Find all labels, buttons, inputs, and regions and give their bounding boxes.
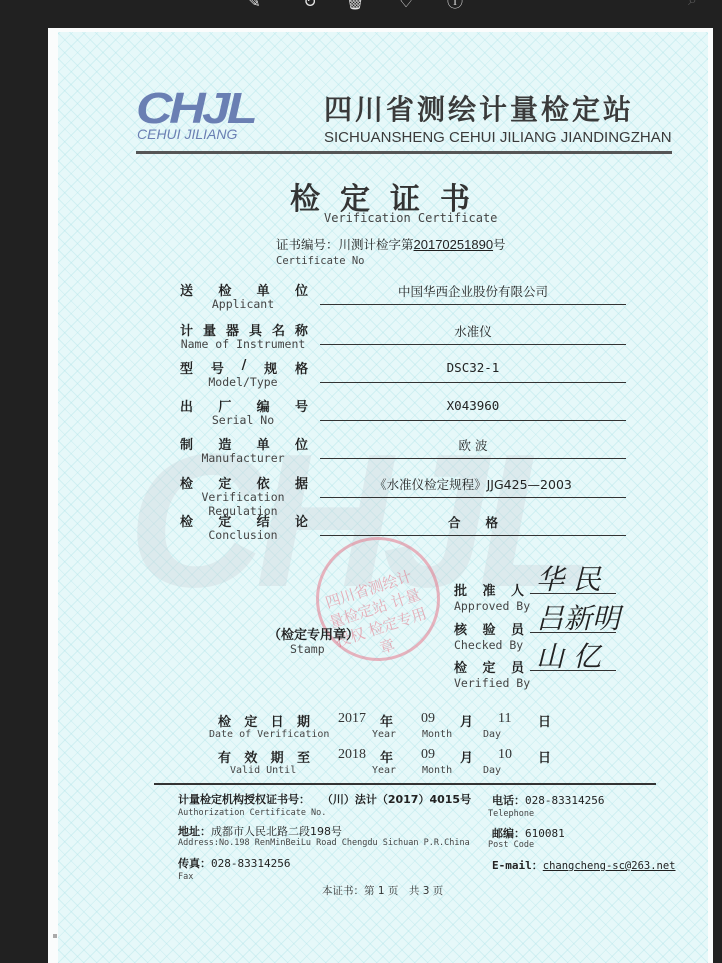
field-label-en: Model/Type [175, 375, 311, 389]
footer-divider [154, 783, 656, 785]
date-label-char: 有 [218, 747, 231, 766]
signature-line [530, 670, 616, 671]
field-label-en: Serial No [175, 413, 311, 427]
email-label: E-mail： [492, 859, 543, 872]
signature-role-char: 批 [454, 580, 467, 599]
address-label: 地址： [178, 825, 211, 838]
certificate-paper: CHJL CHJL CEHUI JILIANG 四川省测绘计量检定站 SICHU… [58, 32, 708, 963]
address-value: 成都市人民北路二段198号 [211, 825, 342, 838]
date-label-en: Valid Until [230, 765, 296, 776]
field-underline [320, 420, 626, 421]
field-label-en: Conclusion [175, 528, 311, 542]
logo-subtitle: CEHUI JILIANG [137, 126, 237, 142]
post-code-label: 邮编： [492, 827, 525, 840]
fax-label-en: Fax [178, 872, 193, 882]
date-label-cn: 检定日期 [218, 711, 310, 730]
field-value: X043960 [320, 398, 626, 413]
field-value: 欧 波 [320, 436, 626, 454]
certificate-number-suffix: 号 [493, 237, 506, 252]
page-info: 本证书：第 1 页 共 3 页 [322, 883, 443, 898]
signature-role-cn: 核验员 [454, 619, 524, 638]
telephone-label: 电话： [492, 794, 525, 807]
signature-role-cn: 批准人 [454, 580, 524, 599]
signature-line [530, 632, 616, 633]
signature-line [530, 593, 616, 594]
search-icon[interactable]: ⌕ [688, 0, 697, 10]
date-year-value: 2018 [338, 747, 366, 763]
field-underline [320, 344, 626, 345]
date-day-value: 10 [498, 747, 512, 763]
date-label-char: 定 [244, 711, 257, 730]
date-label-char: 期 [297, 711, 310, 730]
signature-role-char: 准 [482, 580, 495, 599]
certificate-number-label: 证书编号：川测计检字第 [276, 237, 414, 252]
auth-cert-label: 计量检定机构授权证书号： [178, 793, 310, 806]
telephone: 电话：028-83314256 [492, 792, 604, 808]
date-year-value: 2017 [338, 711, 366, 727]
post-code-value: 610081 [525, 827, 565, 840]
stamp-text: 四川省测绘计量检定站 计量授权 检定专用章 [319, 565, 437, 671]
field-label-en: Name of Instrument [175, 337, 311, 351]
date-label-cn: 有效期至 [218, 747, 310, 766]
date-label-char: 日 [271, 711, 284, 730]
date-unit-en: Month [422, 729, 452, 740]
signature-role-char: 检 [454, 657, 467, 676]
email: E-mail：changcheng-sc@263.net [492, 857, 676, 873]
field-underline [320, 304, 626, 305]
stamp-label-cn: （检定专用章） [268, 624, 359, 643]
date-label-char: 至 [297, 747, 310, 766]
field-underline [320, 382, 626, 383]
date-month-value: 09 [421, 711, 435, 727]
handwritten-signature: 华 民 [536, 558, 601, 598]
signature-role-char: 员 [511, 657, 524, 676]
field-label-en: Manufacturer [175, 451, 311, 465]
certificate-number-label-en: Certificate No [276, 255, 365, 267]
date-day-value: 11 [498, 711, 511, 727]
viewer-toolbar: ✎ ↻ 🗑 ♡ ⓘ ⌕ [0, 0, 722, 28]
auth-cert: 计量检定机构授权证书号： （川）法计（2017）4015号 [178, 791, 471, 807]
date-month-unit: 月 [460, 711, 473, 730]
handwritten-signature: 山 亿 [536, 635, 601, 675]
date-unit-en: Day [483, 729, 501, 740]
field-label-en: Applicant [175, 297, 311, 311]
field-value: 中国华西企业股份有限公司 [320, 282, 626, 300]
field-value: 合 格 [320, 513, 626, 531]
signature-role-char: 验 [482, 619, 495, 638]
date-label-char: 效 [244, 747, 257, 766]
certificate-number-value: 20170251890 [414, 237, 494, 252]
signature-role-cn: 检定员 [454, 657, 524, 676]
organization-name-en: SICHUANSHENG CEHUI JILIANG JIANDINGZHAN [324, 129, 672, 146]
date-day-unit: 日 [538, 711, 551, 730]
date-month-unit: 月 [460, 747, 473, 766]
signature-role-char: 定 [482, 657, 495, 676]
signature-role-en: Verified By [454, 676, 530, 690]
signature-role-en: Approved By [454, 599, 530, 613]
field-underline [320, 458, 626, 459]
favorite-icon[interactable]: ♡ [396, 0, 416, 12]
date-unit-en: Day [483, 765, 501, 776]
auth-cert-value: （川）法计（2017）4015号 [322, 793, 471, 806]
certificate-title-en: Verification Certificate [324, 211, 497, 225]
date-label-char: 期 [271, 747, 284, 766]
address-en: Address:No.198 RenMinBeiLu Road Chengdu … [178, 838, 470, 848]
field-value: 水准仪 [320, 322, 626, 340]
date-year-unit: 年 [380, 747, 393, 766]
field-underline [320, 497, 626, 498]
telephone-label-en: Telephone [488, 809, 534, 819]
field-value: DSC32-1 [320, 360, 626, 375]
edit-icon[interactable]: ✎ [244, 0, 264, 12]
fax-value: 028-83314256 [211, 857, 290, 870]
info-icon[interactable]: ⓘ [445, 0, 465, 12]
rotate-icon[interactable]: ↻ [300, 0, 320, 12]
telephone-value: 028-83314256 [525, 794, 604, 807]
delete-icon[interactable]: 🗑 [345, 0, 365, 12]
document-page: CHJL CHJL CEHUI JILIANG 四川省测绘计量检定站 SICHU… [48, 28, 713, 963]
signature-role-char: 核 [454, 619, 467, 638]
date-label-char: 检 [218, 711, 231, 730]
date-label-en: Date of Verification [209, 729, 329, 740]
fax: 传真：028-83314256 [178, 855, 290, 871]
field-underline [320, 535, 626, 536]
signature-role-char: 员 [511, 619, 524, 638]
date-unit-en: Month [422, 765, 452, 776]
header-divider [136, 151, 672, 154]
signature-role-char: 人 [511, 580, 524, 599]
date-day-unit: 日 [538, 747, 551, 766]
post-code-label-en: Post Code [488, 840, 534, 850]
stamp-label-en: Stamp [290, 642, 325, 656]
fax-label: 传真： [178, 857, 211, 870]
post-code: 邮编：610081 [492, 825, 565, 841]
field-value: 《水准仪检定规程》JJG425—2003 [320, 475, 626, 493]
address: 地址：成都市人民北路二段198号 [178, 823, 342, 839]
signature-role-en: Checked By [454, 638, 523, 652]
date-month-value: 09 [421, 747, 435, 763]
date-unit-en: Year [372, 729, 396, 740]
date-year-unit: 年 [380, 711, 393, 730]
auth-cert-label-en: Authorization Certificate No. [178, 808, 326, 818]
handwritten-signature: 吕新明 [536, 597, 620, 637]
email-link[interactable]: changcheng-sc@263.net [543, 860, 676, 872]
scan-artifact [53, 934, 57, 938]
date-unit-en: Year [372, 765, 396, 776]
certificate-number: 证书编号：川测计检字第20170251890号 [276, 235, 506, 253]
organization-name-cn: 四川省测绘计量检定站 [324, 88, 634, 128]
